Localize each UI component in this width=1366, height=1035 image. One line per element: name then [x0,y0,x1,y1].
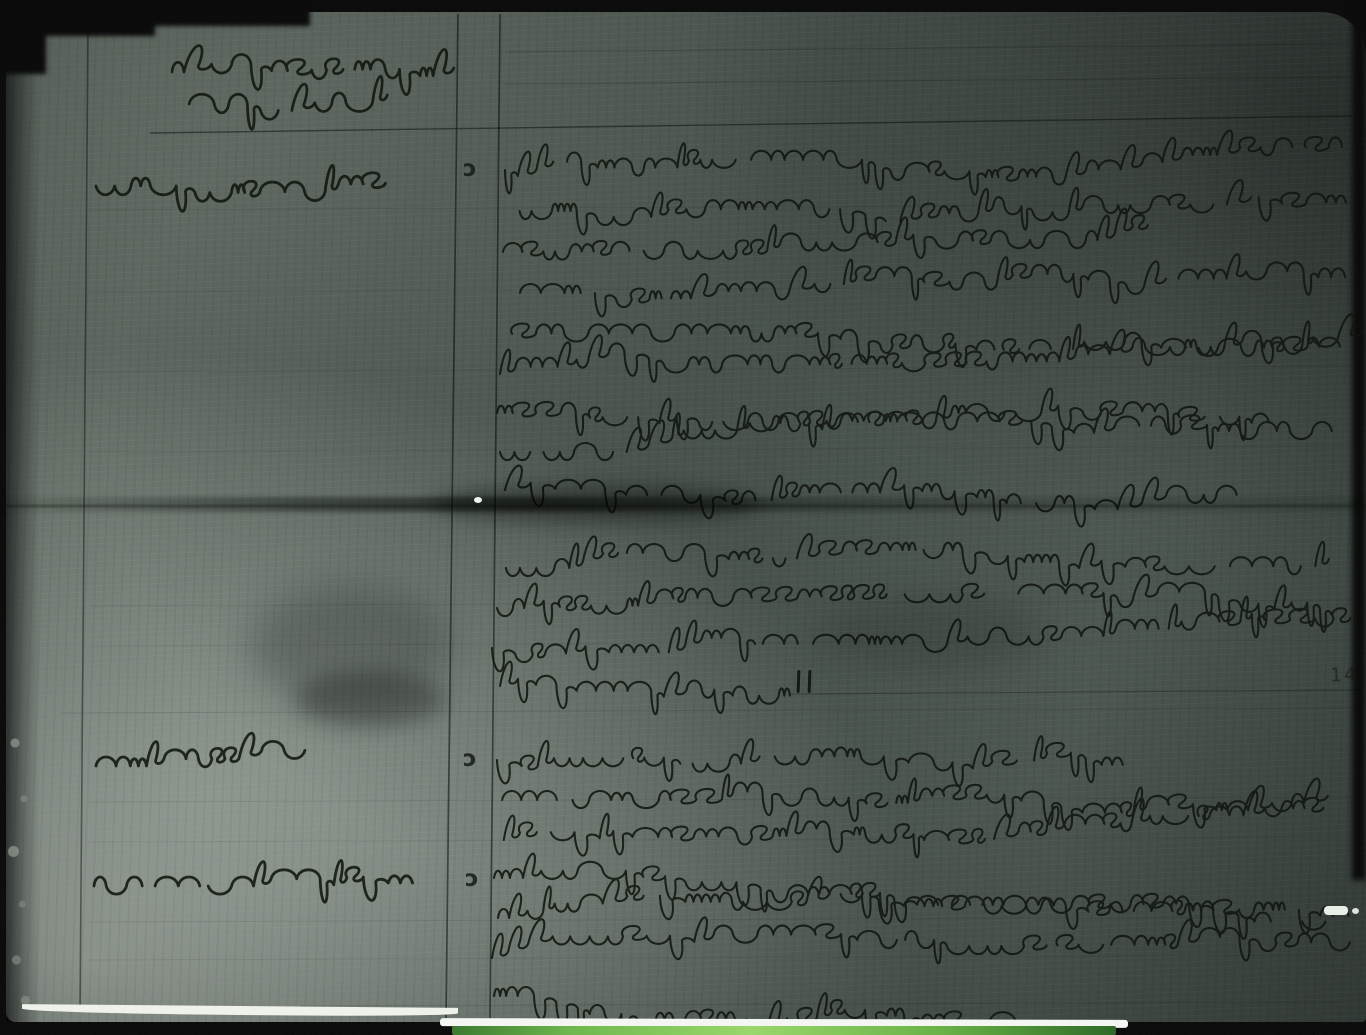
entry-3-number: ɔ [465,866,487,892]
entry-3-text [488,855,1365,1010]
edge-chip [1324,906,1348,915]
section-end-mark [795,670,817,694]
photograph-of-manuscript: ɔ ɔ ɔ 14 [0,0,1366,1035]
header-title [150,40,470,125]
photo-border [0,0,155,36]
row-label-2 [90,735,310,800]
section-end-bar [797,670,801,693]
edge-chip [1352,908,1359,914]
entry-1-number: ɔ [463,156,485,182]
page-left-edge-mottling [6,712,36,1022]
paper-chip-speck [474,497,482,503]
row-label-3 [88,855,408,920]
fold-crease-line [0,505,1366,507]
entry-1-text [495,145,1360,700]
section-end-bar [808,670,812,693]
row-label-1 [90,150,380,220]
folio-number: 14 [1330,664,1359,687]
entry-2-number: ɔ [463,746,485,772]
entry-2-text [490,735,1365,850]
bottom-edge-green-band [452,1026,1116,1035]
